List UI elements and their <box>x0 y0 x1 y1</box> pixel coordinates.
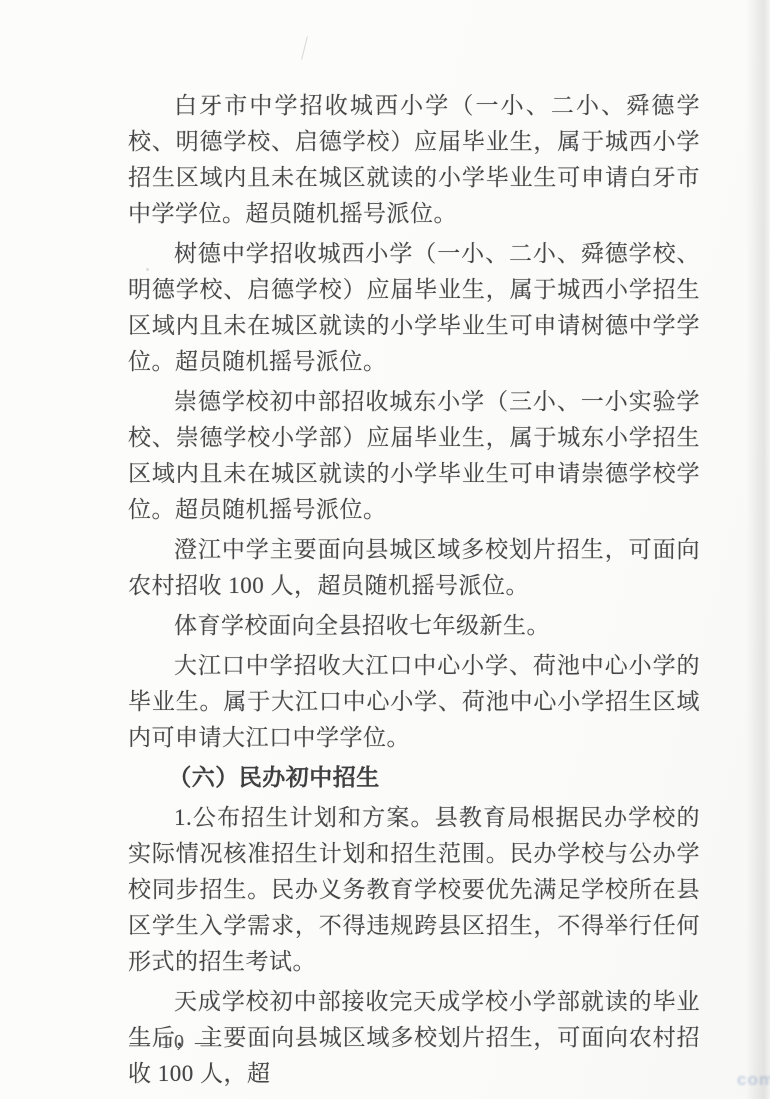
scan-artifact-mark <box>301 36 308 60</box>
scanned-document-page: 白牙市中学招收城西小学（一小、二小、舜德学校、明德学校、启德学校）应届毕业生，属… <box>0 0 770 1099</box>
paragraph-chongde-school: 崇德学校初中部招收城东小学（三小、一小实验学校、崇德学校小学部）应届毕业生，属于… <box>128 384 700 528</box>
paragraph-enrollment-plan: 1.公布招生计划和方案。县教育局根据民办学校的实际情况核准招生计划和招生范围。民… <box>128 800 700 980</box>
page-number: — 10 — <box>130 1031 218 1054</box>
paragraph-chengjiang-middle-school: 澄江中学主要面向县城区域多校划片招生，可面向农村招收 100 人，超员随机摇号派… <box>128 532 700 604</box>
scan-edge-shadow <box>746 0 770 1099</box>
watermark: com <box>737 1070 770 1090</box>
paragraph-baiyashi-middle-school: 白牙市中学招收城西小学（一小、二小、舜德学校、明德学校、启德学校）应届毕业生，属… <box>128 88 700 232</box>
document-body: 白牙市中学招收城西小学（一小、二小、舜德学校、明德学校、启德学校）应届毕业生，属… <box>128 88 700 1096</box>
paragraph-sports-school: 体育学校面向全县招收七年级新生。 <box>128 608 700 644</box>
paragraph-dajiangkou-middle-school: 大江口中学招收大江口中心小学、荷池中心小学的毕业生。属于大江口中心小学、荷池中心… <box>128 648 700 756</box>
paragraph-shude-middle-school: 树德中学招收城西小学（一小、二小、舜德学校、明德学校、启德学校）应届毕业生，属于… <box>128 236 700 380</box>
section-heading-private-junior-high: （六）民办初中招生 <box>128 760 700 796</box>
